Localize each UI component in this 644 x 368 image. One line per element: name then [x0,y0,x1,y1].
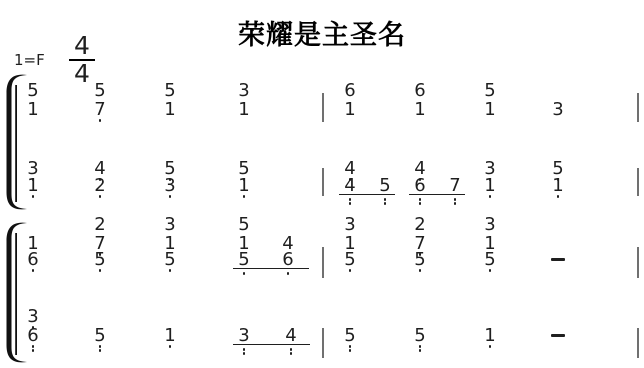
octave-dot [419,345,422,348]
note-number: 5 [552,161,563,176]
note-cell: 6 [26,328,40,352]
octave-dots [384,198,387,205]
note-number: 3 [552,102,563,117]
note-cell: 4 [343,178,357,205]
note-cell: 1 [163,328,177,348]
beam-underline [233,268,309,270]
note-number: 5 [344,252,355,267]
octave-dot [243,195,246,198]
octave-dot [349,349,352,352]
octave-dot [32,349,35,352]
note-number: 3 [27,309,38,324]
note-number: 5 [238,217,249,232]
note-cell: 1 [237,102,251,117]
time-signature-numerator: 4 [67,34,97,58]
octave-dot [32,269,35,272]
octave-dots [290,348,293,355]
note-number: 6 [27,252,38,267]
octave-dot [557,195,560,198]
octave-dot [99,345,102,348]
note-number: 2 [414,217,425,232]
note-number: 4 [414,161,425,176]
note-cell: 3 [551,102,565,117]
beam-underline [233,344,310,346]
note-cell: 5 [163,83,177,98]
octave-dots [32,345,35,352]
note-cell: 6 [281,252,295,275]
octave-dot [99,195,102,198]
note-cell: 3 [343,217,357,232]
barline [637,328,639,358]
note-cell: 5 [93,83,107,98]
note-cell: 5 [343,328,357,352]
time-signature: 4 4 [67,34,97,86]
octave-dots [454,198,457,205]
note-number: 3 [238,328,249,343]
octave-dot [243,272,246,275]
octave-dots [99,119,102,122]
octave-dots [169,269,172,272]
octave-dot [349,269,352,272]
note-cell: 1 [413,102,427,117]
note-number: 1 [344,102,355,117]
octave-dot [99,269,102,272]
octave-dot [169,195,172,198]
note-cell: 1 [237,178,251,198]
octave-dot [287,272,290,275]
note-cell: 4 [284,328,298,355]
note-cell: 5 [483,83,497,98]
note-cell: 5 [343,252,357,272]
octave-dot [419,202,422,205]
note-cell: 5 [237,252,251,275]
note-number: 1 [164,328,175,343]
note-number: 5 [164,83,175,98]
octave-dot [243,348,246,351]
note-number: 4 [285,328,296,343]
note-number: 5 [94,252,105,267]
beam-underline [409,194,465,196]
note-number: 2 [94,217,105,232]
barline [322,247,324,278]
octave-dots [99,345,102,352]
note-number: 4 [94,161,105,176]
note-cell: 1 [343,102,357,117]
octave-dot [99,119,102,122]
note-cell: 1 [26,178,40,198]
octave-dots [349,269,352,272]
note-number: 5 [379,178,390,193]
note-cell: 2 [93,217,107,232]
note-number: 6 [414,178,425,193]
note-number: 1 [238,102,249,117]
octave-dots [349,198,352,205]
note-cell: 5 [93,252,107,272]
note-cell: 7 [448,178,462,205]
barline [322,328,324,358]
note-number: 5 [484,252,495,267]
octave-dots [489,345,492,348]
note-cell: 5 [163,252,177,272]
note-cell: 1 [483,102,497,117]
octave-dots [419,198,422,205]
note-cell: 3 [237,328,251,355]
note-cell: 3 [163,178,177,198]
note-cell: 5 [26,83,40,98]
note-number: 5 [94,83,105,98]
octave-dot [454,198,457,201]
octave-dot [32,195,35,198]
note-cell: 6 [26,252,40,272]
note-number: 1 [27,178,38,193]
note-number: 5 [164,161,175,176]
score-page: 荣耀是主圣名 1=F 4 4 5157513161615133142535144… [0,0,644,368]
octave-dot [349,345,352,348]
octave-dot [489,195,492,198]
note-cell: 1 [26,102,40,117]
note-cell: 1 [551,178,565,198]
note-number: 6 [27,328,38,343]
note-number: 5 [414,328,425,343]
octave-dots [99,195,102,198]
octave-dots [243,195,246,198]
octave-dots [243,272,246,275]
octave-dot [419,269,422,272]
octave-dots [489,269,492,272]
note-cell: 5 [378,178,392,205]
note-number: 6 [282,252,293,267]
note-number: 3 [164,217,175,232]
note-number: 1 [484,178,495,193]
octave-dots [32,195,35,198]
note-cell: 6 [413,83,427,98]
note-number: 1 [414,102,425,117]
note-cell: 3 [483,217,497,232]
note-cell: 1 [483,328,497,348]
note-cell: 1 [163,102,177,117]
note-number: 5 [238,252,249,267]
note-number: 5 [94,328,105,343]
octave-dot [243,352,246,355]
note-number: 1 [484,102,495,117]
note-number: 2 [94,178,105,193]
beam-underline [339,194,395,196]
octave-dots [243,348,246,355]
octave-dot [349,202,352,205]
octave-dots [489,195,492,198]
octave-dot [99,349,102,352]
note-cell: 5 [237,217,251,232]
octave-dot [489,345,492,348]
barline [322,93,324,122]
octave-dots [169,345,172,348]
note-cell: 3 [163,217,177,232]
octave-dots [419,269,422,272]
octave-dot [169,345,172,348]
note-cell: 5 [413,328,427,352]
rest-dash [551,258,565,261]
octave-dot [290,352,293,355]
note-cell: 6 [413,178,427,205]
note-cell: 2 [413,217,427,232]
note-cell: 2 [93,178,107,198]
note-number: 3 [344,217,355,232]
note-number: 1 [238,178,249,193]
octave-dot [489,269,492,272]
note-number: 1 [484,328,495,343]
octave-dot [384,198,387,201]
octave-dots [419,345,422,352]
note-number: 6 [344,83,355,98]
note-number: 5 [164,252,175,267]
octave-dot [419,349,422,352]
note-cell: 3 [237,83,251,98]
note-number: 5 [27,83,38,98]
note-cell: 6 [343,83,357,98]
barline [637,247,639,278]
barline [637,93,639,122]
note-number: 1 [27,102,38,117]
note-number: 4 [344,161,355,176]
note-number: 5 [484,83,495,98]
key-signature: 1=F [14,51,45,69]
octave-dots [169,195,172,198]
octave-dots [349,345,352,352]
note-number: 3 [484,161,495,176]
octave-dot [32,345,35,348]
octave-dot [419,198,422,201]
note-number: 7 [449,178,460,193]
note-number: 1 [164,102,175,117]
note-number: 1 [552,178,563,193]
octave-dot [349,198,352,201]
note-number: 5 [238,161,249,176]
note-number: 6 [414,83,425,98]
note-cell: 1 [483,178,497,198]
octave-dots [99,269,102,272]
octave-dots [287,272,290,275]
note-number: 3 [238,83,249,98]
octave-dot [290,348,293,351]
note-number: 3 [484,217,495,232]
note-number: 7 [94,102,105,117]
note-cell: 7 [93,102,107,122]
note-cell: 5 [413,252,427,272]
octave-dots [32,269,35,272]
note-cell: 5 [93,328,107,352]
note-number: 4 [344,178,355,193]
note-number: 5 [414,252,425,267]
note-number: 3 [164,178,175,193]
note-cell: 5 [483,252,497,272]
barline [637,168,639,196]
note-number: 5 [344,328,355,343]
octave-dot [454,202,457,205]
octave-dot [384,202,387,205]
octave-dot [169,269,172,272]
barline [322,168,324,196]
octave-dots [557,195,560,198]
rest-dash [551,334,565,337]
note-number: 3 [27,161,38,176]
